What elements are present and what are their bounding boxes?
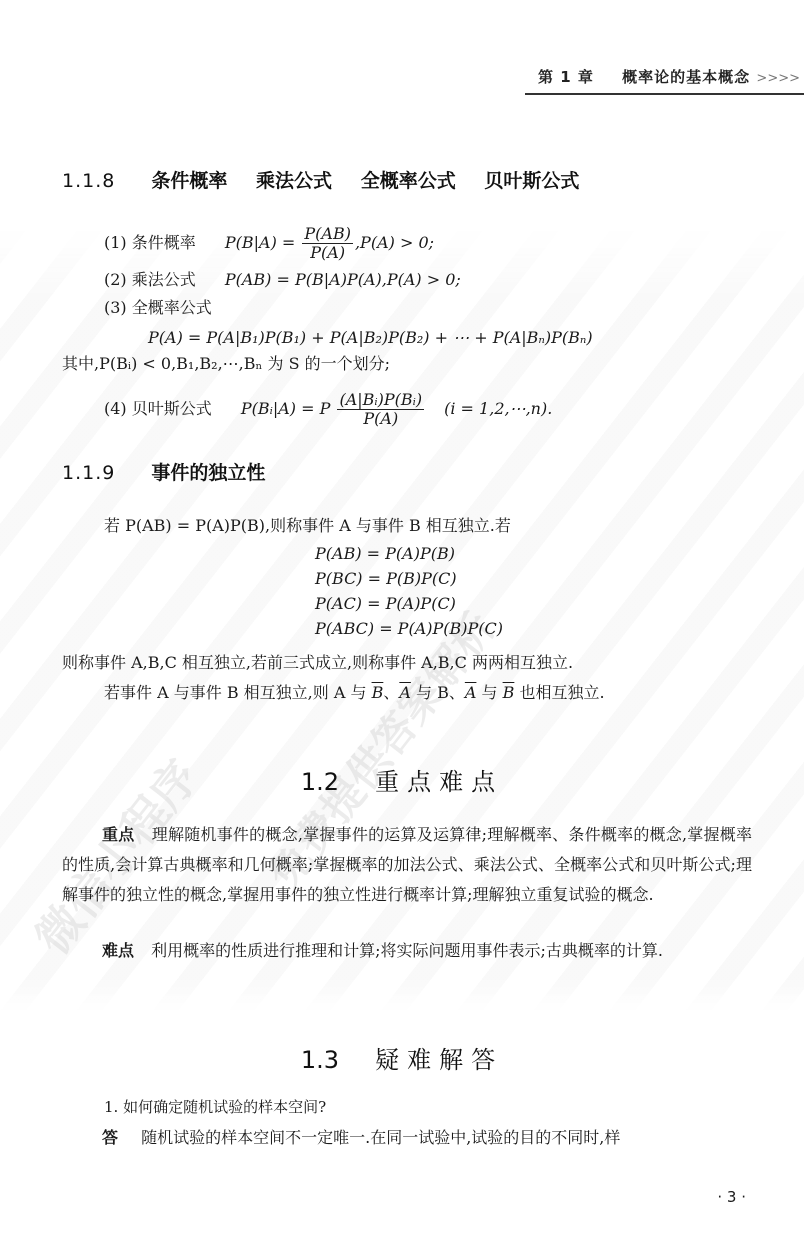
- partition-note: 其中,P(Bᵢ) < 0,B₁,B₂,⋯,Bₙ 为 S 的一个划分;: [62, 356, 390, 372]
- heading-part: 条件概率: [151, 170, 227, 192]
- corollary-text: 与: [476, 683, 502, 702]
- complement-a: A: [465, 683, 477, 702]
- fraction-denominator: P(A): [302, 244, 353, 261]
- fraction: (A|Bᵢ)P(Bᵢ) P(A): [337, 392, 424, 427]
- equation-2: P(BC) = P(B)P(C): [315, 571, 457, 587]
- section-heading-1-1-8: 1.1.8 条件概率 乘法公式 全概率公式 贝叶斯公式: [62, 166, 601, 193]
- equation-3: P(AC) = P(A)P(C): [315, 596, 456, 612]
- question-1: 1. 如何确定随机试验的样本空间?: [104, 1100, 326, 1115]
- equation-4: P(ABC) = P(A)P(B)P(C): [315, 621, 503, 637]
- corollary-text: 也相互独立.: [514, 683, 604, 702]
- item-label: (4) 贝叶斯公式: [104, 399, 212, 418]
- item-label: (2) 乘法公式: [104, 270, 196, 289]
- corollary-text: 若事件 A 与事件 B 相互独立,则 A 与: [104, 683, 372, 702]
- answer-text: 随机试验的样本空间不一定唯一.在同一试验中,试验的目的不同时,样: [141, 1128, 620, 1147]
- page-number: · 3 ·: [717, 1188, 746, 1206]
- formula-lhs: P(Bᵢ|A) = P: [241, 399, 331, 418]
- section-title: 事件的独立性: [151, 462, 265, 484]
- section-heading-1-2: 1.2重点难点: [0, 762, 804, 797]
- section-title: 重点难点: [375, 768, 503, 796]
- complement-b: B: [503, 683, 515, 702]
- independence-intro: 若 P(AB) = P(A)P(B),则称事件 A 与事件 B 相互独立.若: [104, 518, 511, 534]
- item-bayes-formula: (4) 贝叶斯公式 P(Bᵢ|A) = P (A|Bᵢ)P(Bᵢ) P(A) (…: [104, 392, 552, 427]
- section-number: 1.3: [301, 1046, 339, 1074]
- formula: P(AB) = P(B|A)P(A),P(A) > 0;: [225, 270, 461, 289]
- answer-label: 答: [102, 1128, 118, 1147]
- section-number: 1.1.9: [62, 462, 115, 484]
- section-title: 疑难解答: [375, 1046, 503, 1074]
- item-label: (1) 条件概率: [104, 233, 196, 252]
- equation-1: P(AB) = P(A)P(B): [315, 546, 455, 562]
- formula-tail: (i = 1,2,⋯,n).: [444, 399, 552, 418]
- heading-part: 全概率公式: [361, 170, 456, 192]
- item-multiplication-formula: (2) 乘法公式 P(AB) = P(B|A)P(A),P(A) > 0;: [104, 272, 461, 288]
- answer-1: 答 随机试验的样本空间不一定唯一.在同一试验中,试验的目的不同时,样: [102, 1130, 620, 1146]
- corollary-text: 、: [383, 683, 399, 702]
- complement-b: B: [372, 683, 384, 702]
- fraction-numerator: P(AB): [302, 226, 353, 244]
- section-heading-1-1-9: 1.1.9 事件的独立性: [62, 458, 265, 485]
- chapter-title: 概率论的基本概念: [622, 68, 750, 86]
- total-probability-formula: P(A) = P(A|B₁)P(B₁) + P(A|B₂)P(B₂) + ⋯ +…: [148, 330, 593, 346]
- chapter-number: 第 1 章: [538, 68, 594, 86]
- running-header: 第 1 章 概率论的基本概念 >>>>: [538, 66, 800, 87]
- complement-a: A: [399, 683, 411, 702]
- section-number: 1.2: [301, 768, 339, 796]
- heading-part: 乘法公式: [256, 170, 332, 192]
- section-number: 1.1.8: [62, 170, 115, 192]
- formula-lhs: P(B|A) =: [225, 233, 295, 252]
- fraction-numerator: (A|Bᵢ)P(Bᵢ): [337, 392, 424, 410]
- key-points-label: 重点: [102, 825, 134, 844]
- fraction-denominator: P(A): [337, 410, 424, 427]
- item-conditional-probability: (1) 条件概率 P(B|A) = P(AB) P(A) ,P(A) > 0;: [104, 226, 434, 261]
- corollary-text: 与 B、: [411, 683, 465, 702]
- independence-corollary: 若事件 A 与事件 B 相互独立,则 A 与 B、A 与 B、A 与 B 也相互…: [104, 685, 605, 701]
- item-total-probability-label: (3) 全概率公式: [104, 300, 212, 316]
- heading-part: 贝叶斯公式: [484, 170, 579, 192]
- independence-conclusion: 则称事件 A,B,C 相互独立,若前三式成立,则称事件 A,B,C 两两相互独立…: [62, 655, 573, 671]
- fraction: P(AB) P(A): [302, 226, 353, 261]
- header-rule: [525, 93, 804, 95]
- section-heading-1-3: 1.3疑难解答: [0, 1040, 804, 1075]
- formula-tail: ,P(A) > 0;: [355, 233, 434, 252]
- key-points-text: 理解随机事件的概念,掌握事件的运算及运算律;理解概率、条件概率的概念,掌握概率的…: [62, 825, 752, 904]
- key-points-paragraph: 重点 理解随机事件的概念,掌握事件的运算及运算律;理解概率、条件概率的概念,掌握…: [62, 820, 752, 910]
- difficult-points-text: 利用概率的性质进行推理和计算;将实际问题用事件表示;古典概率的计算.: [151, 941, 663, 960]
- difficult-points-paragraph: 难点 利用概率的性质进行推理和计算;将实际问题用事件表示;古典概率的计算.: [62, 936, 752, 966]
- chevron-decoration: >>>>: [756, 71, 800, 86]
- difficult-points-label: 难点: [102, 941, 134, 960]
